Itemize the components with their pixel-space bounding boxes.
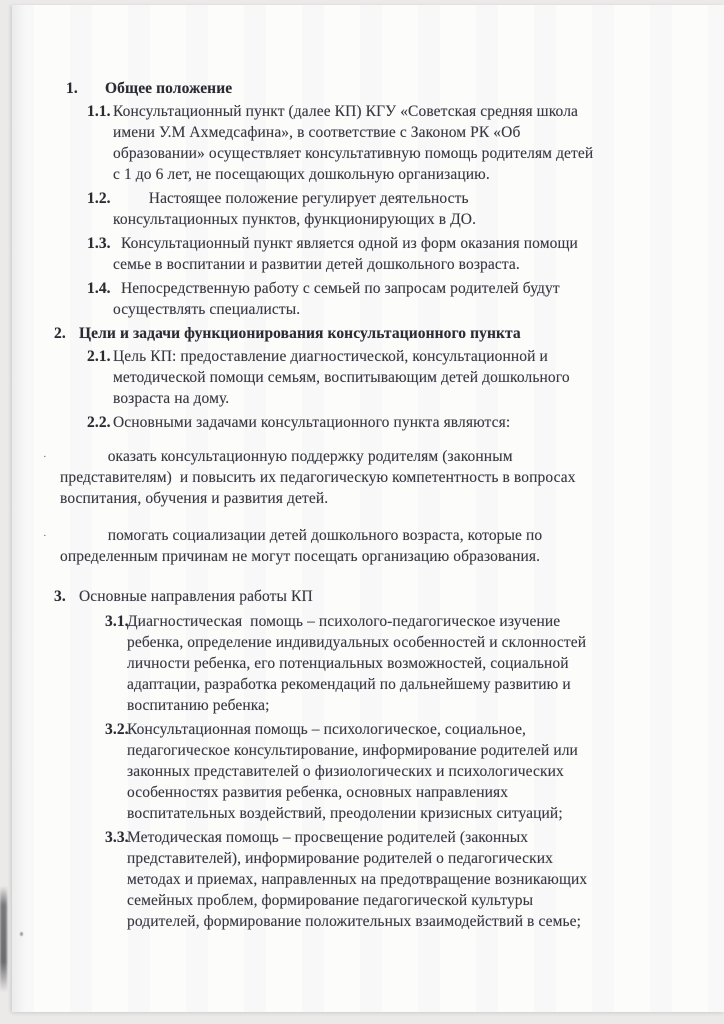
clause-1-2: 1.2. Настоящее положение регулирует деят… xyxy=(12,188,704,230)
clause-2-2-number: 2.2. xyxy=(87,412,111,433)
section-3-title: Основные направления работы КП xyxy=(79,586,704,607)
clause-2-1-text: Цель КП: предоставление диагностической,… xyxy=(113,346,704,409)
scan-speck xyxy=(20,932,23,936)
clause-2-1-number: 2.1. xyxy=(87,346,111,367)
clause-3-2: 3.2. Консультационная помощь – психологи… xyxy=(12,719,704,824)
clause-1-3-text: Консультационный пункт является одной из… xyxy=(113,233,704,275)
document-body: 1. Общее положение 1.1. Консультационный… xyxy=(12,5,724,1012)
clause-1-4: 1.4. Непосредственную работу с семьей по… xyxy=(12,278,704,320)
clause-1-3: 1.3. Консультационный пункт является одн… xyxy=(12,233,704,275)
document-page: 1. Общее положение 1.1. Консультационный… xyxy=(12,5,724,1012)
section-1-title: Общее положение xyxy=(105,78,704,99)
clause-1-4-number: 1.4. xyxy=(87,278,111,299)
clause-1-4-text: Непосредственную работу с семьей по запр… xyxy=(113,278,704,320)
clause-3-2-text: Консультационная помощь – психологическо… xyxy=(127,719,704,824)
clause-3-3: 3.3. Методическая помощь – просвещение р… xyxy=(12,827,704,932)
task-bullet-2: · помогать социализации детей дошкольног… xyxy=(60,525,684,567)
clause-1-3-number: 1.3. xyxy=(87,233,111,254)
scan-edge-smudge xyxy=(0,886,7,992)
clause-3-1-text: Диагностическая помощь – психолого-педаг… xyxy=(127,611,704,716)
section-2-title: Цели и задачи функционирования консульта… xyxy=(79,323,704,344)
section-3-heading: 3. Основные направления работы КП xyxy=(12,586,704,607)
clause-3-1-number: 3.1. xyxy=(105,611,129,632)
task-bullet-1: · оказать консультационную поддержку род… xyxy=(60,446,684,509)
bullet-dot-icon: · xyxy=(43,526,47,547)
clause-1-1: 1.1. Консультационный пункт (далее КП) К… xyxy=(12,101,704,185)
clause-3-3-number: 3.3. xyxy=(105,827,129,848)
task-bullet-1-text: оказать консультационную поддержку родит… xyxy=(60,446,684,509)
clause-1-1-text: Консультационный пункт (далее КП) КГУ «С… xyxy=(113,101,704,185)
section-2-number: 2. xyxy=(54,323,66,344)
clause-3-2-number: 3.2. xyxy=(105,719,129,740)
clause-1-1-number: 1.1. xyxy=(87,101,111,122)
clause-3-1: 3.1. Диагностическая помощь – психолого-… xyxy=(12,611,704,716)
clause-1-2-text: Настоящее положение регулирует деятельно… xyxy=(113,188,704,230)
clause-2-2: 2.2. Основными задачами консультационног… xyxy=(12,412,704,433)
section-1-number: 1. xyxy=(66,78,78,99)
clause-2-2-text: Основными задачами консультационного пун… xyxy=(113,412,704,433)
section-1-heading: 1. Общее положение xyxy=(12,78,704,99)
task-bullet-2-text: помогать социализации детей дошкольного … xyxy=(60,525,684,567)
clause-1-2-number: 1.2. xyxy=(87,188,111,209)
clause-3-3-text: Методическая помощь – просвещение родите… xyxy=(127,827,704,932)
section-2-heading: 2. Цели и задачи функционирования консул… xyxy=(12,323,704,344)
bullet-dot-icon: · xyxy=(43,447,47,468)
section-3-number: 3. xyxy=(54,586,66,607)
scanned-document-background: { "colors": { "paper": "#fcfcfb", "backd… xyxy=(0,0,724,1024)
clause-2-1: 2.1. Цель КП: предоставление диагностиче… xyxy=(12,346,704,409)
